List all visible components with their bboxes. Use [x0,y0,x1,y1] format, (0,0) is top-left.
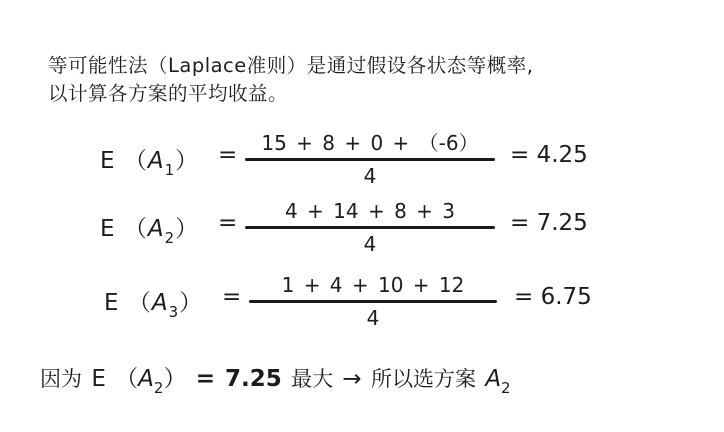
subscript: 1 [165,161,176,179]
max-label: 最大 [291,367,333,391]
equation-a2: E （A2） = 4 + 14 + 8 + 3 4 = 7.25 [100,198,660,258]
intro-line-2: 以计算各方案的平均收益。 [48,80,533,108]
intro-line-1: 等可能性法（Laplace准则）是通过假设各状态等概率, [48,52,533,80]
fraction-bar [245,158,495,161]
equation-lhs: E （A3） [104,284,203,321]
denominator: 4 [245,163,495,189]
subscript: 2 [165,229,176,247]
equation-a3: E （A3） = 1 + 4 + 10 + 12 4 = 6.75 [104,272,664,332]
because-label: 因为 [40,367,82,391]
conclusion: 因为 E （A2） = 7.25 最大 → 所以选方案 A2 [40,360,511,397]
conclusion-lhs: E （A2） [91,366,186,392]
equation-lhs: E （A2） [100,210,199,247]
numerator: 15 + 8 + 0 + （-6） [245,130,495,156]
denominator: 4 [245,231,495,257]
equals-sign: = [222,284,241,310]
variable-a: A [152,290,169,316]
variable-a: A [148,148,165,174]
fraction: 1 + 4 + 10 + 12 4 [249,272,497,331]
result: = 6.75 [514,284,592,310]
arrow-right-icon: → [342,366,361,392]
numerator: 4 + 14 + 8 + 3 [245,198,495,224]
equation-a1: E （A1） = 15 + 8 + 0 + （-6） 4 = 4.25 [100,130,660,190]
numerator: 1 + 4 + 10 + 12 [249,272,497,298]
equals-sign: = [218,210,237,236]
fraction-bar [245,226,495,229]
therefore-label: 所以选方案 [371,367,476,391]
result: = 7.25 [510,210,588,236]
equals-sign: = [218,142,237,168]
fraction: 4 + 14 + 8 + 3 4 [245,198,495,257]
result: = 4.25 [510,142,588,168]
max-value: = 7.25 [196,366,282,392]
subscript: 3 [169,303,180,321]
variable-a: A [148,216,165,242]
equation-lhs: E （A1） [100,142,199,179]
denominator: 4 [249,305,497,331]
fraction-bar [249,300,497,303]
fraction: 15 + 8 + 0 + （-6） 4 [245,130,495,189]
intro-paragraph: 等可能性法（Laplace准则）是通过假设各状态等概率, 以计算各方案的平均收益… [48,52,533,108]
chosen-option: A2 [485,366,510,392]
